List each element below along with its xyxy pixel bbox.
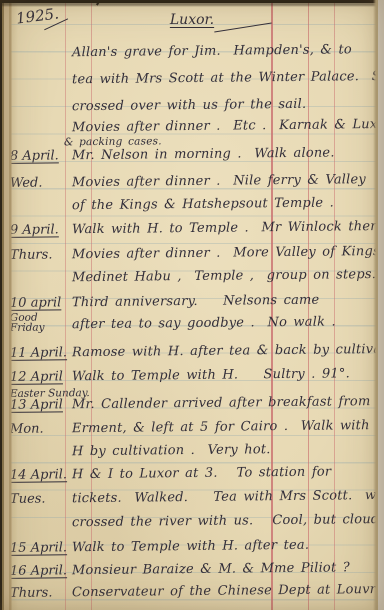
binding-edge	[0, 0, 18, 610]
entry-text: crossed over with us for the sail.	[72, 97, 306, 114]
diary-line: GoodFriday after tea to say goodbye . No…	[0, 314, 384, 336]
photo-edge-top	[0, 0, 384, 7]
diary-line: 10 aprilThird anniversary. Nelsons came	[0, 292, 384, 314]
entry-text: & packing cases.	[64, 135, 162, 148]
entry-text: Ramose with H. after tea & back by culti…	[72, 342, 384, 361]
entry-text: of the Kings & Hatshepsout Temple .	[72, 196, 334, 214]
diary-page: 1925. Luxor. Allan's grave for Jim. Hamp…	[0, 0, 384, 610]
entry-text: Monsieur Baraize & M. & Mme Piliot ?	[72, 560, 350, 578]
diary-line: tea with Mrs Scott at the Winter Palace.…	[0, 69, 384, 91]
entry-text: Walk to Temple with H. after tea.	[72, 538, 309, 555]
diary-line: 9 April.Walk with H. to Temple . Mr Winl…	[0, 219, 384, 241]
date-label: 14 April.	[10, 467, 67, 483]
entry-text: Movies after dinner . More Valley of Kin…	[72, 244, 384, 262]
date-label: 11 April.	[10, 345, 67, 361]
entry-text: Third anniversary. Nelsons came	[72, 293, 320, 311]
page-edge-right	[373, 0, 384, 610]
diary-line: Mon.Erment, & left at 5 for Cairo . Walk…	[0, 418, 384, 440]
page-title: Luxor.	[0, 12, 384, 28]
diary-line: Tues.tickets. Walked. Tea with Mrs Scott…	[0, 488, 384, 510]
diary-line: Wed.Movies after dinner . Nile ferry & V…	[0, 172, 384, 194]
entry-text: Movies after dinner . Nile ferry & Valle…	[72, 172, 366, 190]
entry-text: Mr. Callender arrived after breakfast fr…	[72, 394, 371, 412]
diary-line: crossed over with us for the sail.	[0, 96, 384, 118]
diary-line: 11 April.Ramose with H. after tea & back…	[0, 342, 384, 364]
entry-text: tickets. Walked. Tea with Mrs Scott. who	[72, 488, 384, 506]
diary-line: 14 April.H & I to Luxor at 3. To station…	[0, 464, 384, 486]
date-label: 15 April.	[10, 540, 67, 556]
entry-text: Conservateur of the Chinese Dept at Louv…	[72, 582, 384, 600]
diary-line: 13 AprilMr. Callender arrived after brea…	[0, 394, 384, 416]
diary-line: 15 April.Walk to Temple with H. after te…	[0, 537, 384, 559]
entry-text: Medinet Habu , Temple , group on steps.	[72, 267, 376, 285]
diary-line: Thurs.Movies after dinner . More Valley …	[0, 244, 384, 266]
diary-line: Allan's grave for Jim. Hampden's, & to	[0, 42, 384, 64]
entry-text: Walk to Temple with H. Sultry . 91°.	[72, 366, 350, 384]
entry-text: Allan's grave for Jim. Hampden's, & to	[72, 42, 352, 60]
page-title-text: Luxor.	[170, 12, 214, 28]
diary-line: crossed the river with us. Cool, but clo…	[0, 512, 384, 534]
diary-line: 8 April.Mr. Nelson in morning . Walk alo…	[0, 145, 384, 167]
diary-line: H by cultivation . Very hot.	[0, 441, 384, 463]
entry-text: crossed the river with us. Cool, but clo…	[72, 512, 384, 530]
diary-line: Medinet Habu , Temple , group on steps.	[0, 267, 384, 289]
diary-line: of the Kings & Hatshepsout Temple .	[0, 195, 384, 217]
entry-text: H & I to Luxor at 3. To station for	[72, 465, 331, 483]
entry-text: after tea to say goodbye . No walk .	[72, 314, 336, 332]
date-label: 16 April.	[10, 563, 67, 579]
entry-text: Mr. Nelson in morning . Walk alone.	[72, 145, 335, 163]
entry-text: tea with Mrs Scott at the Winter Palace.…	[72, 69, 384, 87]
diary-line: Thurs.Conservateur of the Chinese Dept a…	[0, 582, 384, 604]
entry-text: H by cultivation . Very hot.	[72, 442, 271, 459]
diary-line: 16 April.Monsieur Baraize & M. & Mme Pil…	[0, 560, 384, 582]
entry-text: Erment, & left at 5 for Cairo . Walk wit…	[72, 418, 370, 436]
entry-text: Walk with H. to Temple . Mr Winlock ther…	[72, 219, 384, 237]
